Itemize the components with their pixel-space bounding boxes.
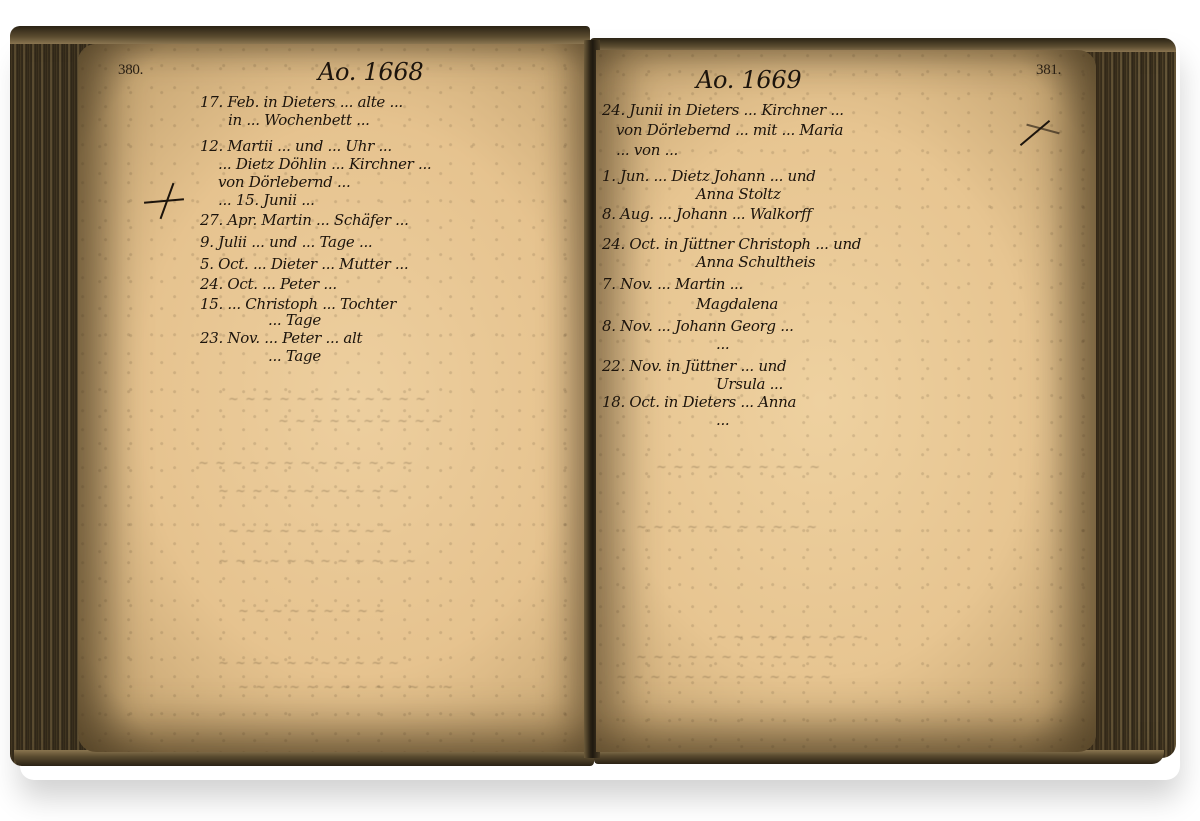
entry-line: 24. Oct. in Jüttner Christoph ... und — [602, 236, 861, 253]
entry-line: in ... Wochenbett ... — [228, 112, 370, 129]
entry-line: ... Tage — [268, 312, 321, 329]
entry-line: Magdalena — [696, 296, 778, 313]
top-left-edge — [10, 26, 590, 44]
left-year-heading: Ao. 1668 — [318, 58, 423, 86]
entry-line: von Dörlebernd ... — [218, 174, 350, 191]
bottom-right-edge — [594, 750, 1164, 764]
left-page-number: 380. — [118, 62, 143, 79]
entry-line: 8. Aug. ... Johann ... Walkorff — [602, 206, 812, 223]
entry-line: 22. Nov. in Jüttner ... und — [602, 358, 786, 375]
bleedthrough-line: ~ ~ ~ ~ ~ ~ ~ ~ ~ ~ ~ ~ — [218, 554, 417, 569]
right-page-number: 381. — [1036, 62, 1061, 79]
bleedthrough-line: ~ ~ ~ ~ ~ ~ ~ ~ ~ — [238, 604, 386, 619]
entry-line: 23. Nov. ... Peter ... alt — [200, 330, 362, 347]
bottom-left-edge — [14, 750, 594, 766]
entry-line: Ursula ... — [716, 376, 783, 393]
bleedthrough-line: ~ ~ ~ ~ ~ ~ ~ ~ ~ ~ ~ — [218, 484, 400, 499]
right-margin-cross-icon — [1016, 114, 1056, 154]
entry-line: ... Dietz Döhlin ... Kirchner ... — [218, 156, 431, 173]
bleedthrough-line: ~ ~ ~ ~ ~ ~ ~ ~ ~ ~ ~ ~ ~ — [198, 456, 414, 471]
bleedthrough-line: ~ ~ ~ ~ ~ ~ ~ ~ ~ ~ — [656, 460, 821, 475]
entry-line: 24. Junii in Dieters ... Kirchner ... — [602, 102, 844, 119]
bleedthrough-line: ~ ~ ~ ~ ~ ~ ~ ~ ~ ~ — [228, 524, 393, 539]
bleedthrough-line: ~ ~ ~ ~ ~ ~ ~ ~ ~ ~ ~ ~ — [228, 392, 427, 407]
entry-line: 7. Nov. ... Martin ... — [602, 276, 743, 293]
bleedthrough-line: ~ ~ ~ ~ ~ ~ ~ ~ ~ ~ — [278, 414, 443, 429]
right-year-heading: Ao. 1669 — [696, 66, 801, 94]
entry-line: 18. Oct. in Dieters ... Anna — [602, 394, 796, 411]
entry-line: 9. Julii ... und ... Tage ... — [200, 234, 372, 251]
entry-line: 1. Jun. ... Dietz Johann ... und — [602, 168, 816, 185]
entry-line: von Dörlebernd ... mit ... Maria — [616, 122, 843, 139]
entry-line: Anna Stoltz — [696, 186, 781, 203]
entry-line: 5. Oct. ... Dieter ... Mutter ... — [200, 256, 408, 273]
bleedthrough-line: ~ ~ ~ ~ ~ ~ ~ ~ ~ ~ ~ ~ — [636, 650, 835, 665]
entry-line: ... — [716, 412, 729, 429]
right-page: 381. Ao. 1669 24. Junii in Dieters ... K… — [596, 50, 1096, 752]
bleedthrough-line: ~ ~ ~ ~ ~ ~ ~ ~ ~ ~ ~ — [636, 520, 818, 535]
entry-line: 17. Feb. in Dieters ... alte ... — [200, 94, 403, 111]
entry-line: ... von ... — [616, 142, 678, 159]
entry-line: 8. Nov. ... Johann Georg ... — [602, 318, 794, 335]
entry-line: Anna Schultheis — [696, 254, 815, 271]
left-page: 380. Ao. 1668 17. Feb. in Dieters ... al… — [78, 44, 588, 752]
entry-line: ... Tage — [268, 348, 321, 365]
bleedthrough-line: ~ ~ ~ ~ ~ ~ ~ ~ ~ ~ ~ ~ ~ — [238, 680, 454, 695]
left-margin-cross-icon — [144, 180, 184, 220]
entry-line: 12. Martii ... und ... Uhr ... — [200, 138, 392, 155]
bleedthrough-line: ~ ~ ~ ~ ~ ~ ~ ~ ~ ~ ~ — [218, 656, 400, 671]
bleedthrough-line: ~ ~ ~ ~ ~ ~ ~ ~ ~ ~ ~ ~ ~ — [616, 670, 832, 685]
bleedthrough-line: ~ ~ ~ ~ ~ ~ ~ ~ ~ — [716, 630, 864, 645]
entry-line: 24. Oct. ... Peter ... — [200, 276, 337, 293]
entry-line: ... — [716, 336, 729, 353]
entry-line: ... 15. Junii ... — [218, 192, 315, 209]
entry-line: 27. Apr. Martin ... Schäfer ... — [200, 212, 409, 229]
book-photo-scene: 380. Ao. 1668 17. Feb. in Dieters ... al… — [0, 0, 1200, 821]
